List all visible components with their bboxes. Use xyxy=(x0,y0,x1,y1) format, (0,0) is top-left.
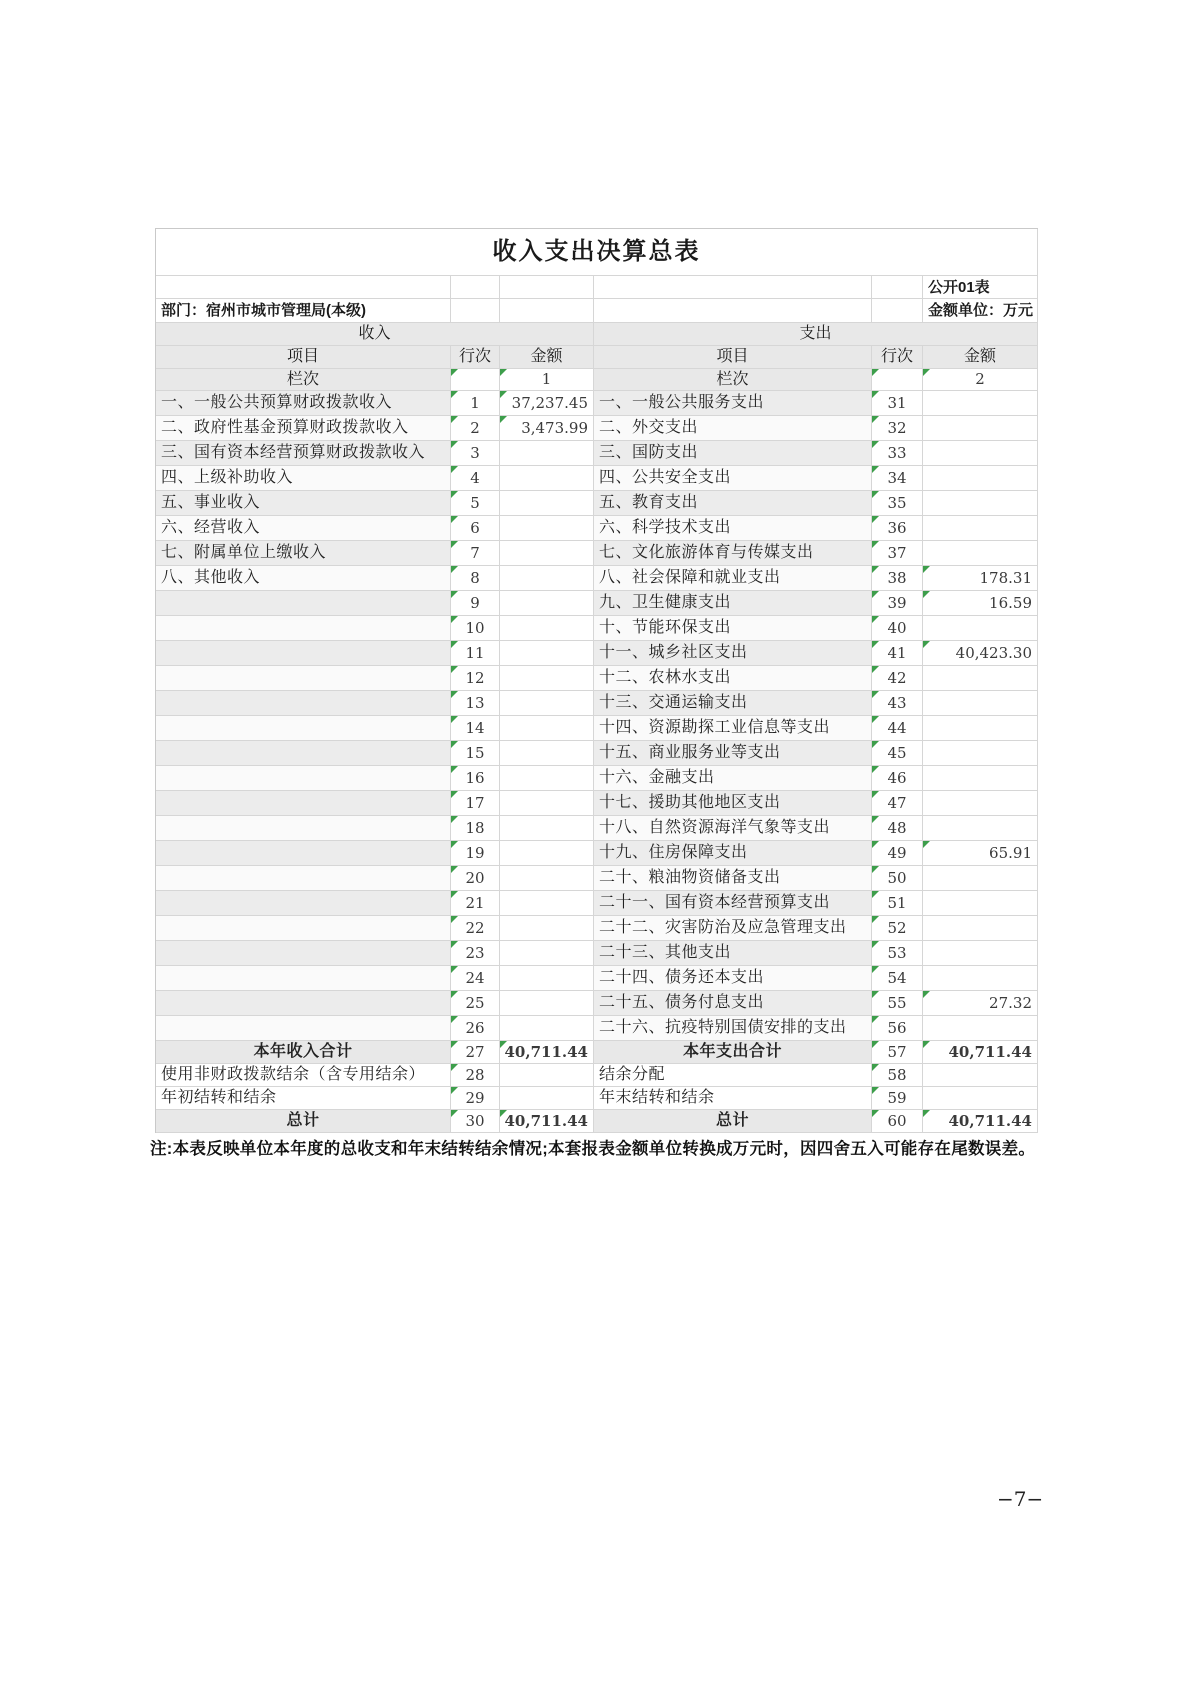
expense-line-cell: 38 xyxy=(872,566,923,591)
final-accounts-table: 收入支出决算总表 公开01表 部门：宿州市城市管理局(本级) 金额单位：万元 收… xyxy=(155,228,1038,1133)
income-amount-cell xyxy=(500,966,594,991)
expense-line-cell: 50 xyxy=(872,866,923,891)
expense-line-cell: 47 xyxy=(872,791,923,816)
income-line-cell: 18 xyxy=(451,816,500,841)
income-item-cell xyxy=(156,891,451,916)
empty-cell xyxy=(594,299,872,323)
income-amount-cell xyxy=(500,841,594,866)
expense-amount-cell xyxy=(923,766,1038,791)
expense-item-cell: 二十、粮油物资储备支出 xyxy=(594,866,872,891)
income-line-cell: 26 xyxy=(451,1016,500,1041)
income-section-header: 收入 xyxy=(156,323,594,346)
income-amount-cell xyxy=(500,866,594,891)
expense-item-cell: 十七、援助其他地区支出 xyxy=(594,791,872,816)
income-item-cell xyxy=(156,841,451,866)
expense-amount-cell xyxy=(923,966,1038,991)
expense-line-cell: 37 xyxy=(872,541,923,566)
expense-section-header: 支出 xyxy=(594,323,1038,346)
income-line-cell: 5 xyxy=(451,491,500,516)
income-line-cell: 11 xyxy=(451,641,500,666)
expense-amount-cell xyxy=(923,466,1038,491)
income-amount-cell xyxy=(500,941,594,966)
expense-item-cell: 十三、交通运输支出 xyxy=(594,691,872,716)
income-line-cell: 2 xyxy=(451,416,500,441)
income-amount-cell xyxy=(500,991,594,1016)
empty-cell xyxy=(156,276,451,299)
expense-line-cell: 36 xyxy=(872,516,923,541)
expense-amount-cell xyxy=(923,666,1038,691)
expense-amount-cell: 27.32 xyxy=(923,991,1038,1016)
expense-line-cell: 32 xyxy=(872,416,923,441)
income-line-cell: 20 xyxy=(451,866,500,891)
income-item-cell: 六、经营收入 xyxy=(156,516,451,541)
income-item-cell: 三、国有资本经营预算财政拨款收入 xyxy=(156,441,451,466)
income-item-cell: 五、事业收入 xyxy=(156,491,451,516)
income-amount-cell xyxy=(500,741,594,766)
income-footer-line-cell: 30 xyxy=(451,1110,500,1133)
expense-item-cell: 二、外交支出 xyxy=(594,416,872,441)
income-item-cell: 七、附属单位上缴收入 xyxy=(156,541,451,566)
income-item-cell xyxy=(156,791,451,816)
expense-item-cell: 九、卫生健康支出 xyxy=(594,591,872,616)
expense-line-cell: 52 xyxy=(872,916,923,941)
expense-line-header: 行次 xyxy=(872,346,923,369)
income-amount-cell xyxy=(500,916,594,941)
expense-item-cell: 二十五、债务付息支出 xyxy=(594,991,872,1016)
expense-amount-cell xyxy=(923,816,1038,841)
expense-amount-cell xyxy=(923,416,1038,441)
page-number: −7− xyxy=(997,1487,1043,1511)
expense-line-cell: 43 xyxy=(872,691,923,716)
income-line-cell: 13 xyxy=(451,691,500,716)
expense-item-cell: 十二、农林水支出 xyxy=(594,666,872,691)
expense-amount-cell: 40,423.30 xyxy=(923,641,1038,666)
income-line-cell: 4 xyxy=(451,466,500,491)
income-line-cell: 15 xyxy=(451,741,500,766)
sheet-code-label: 公开01表 xyxy=(923,276,1038,299)
income-line-cell: 22 xyxy=(451,916,500,941)
income-amount-cell xyxy=(500,791,594,816)
income-index-label: 栏次 xyxy=(156,369,451,391)
income-line-cell: 9 xyxy=(451,591,500,616)
income-amount-cell xyxy=(500,816,594,841)
expense-index-label: 栏次 xyxy=(594,369,872,391)
expense-item-cell: 二十一、国有资本经营预算支出 xyxy=(594,891,872,916)
expense-amount-cell: 65.91 xyxy=(923,841,1038,866)
income-item-cell: 四、上级补助收入 xyxy=(156,466,451,491)
expense-line-cell: 46 xyxy=(872,766,923,791)
expense-footer-amount-cell: 40,711.44 xyxy=(923,1041,1038,1064)
expense-amount-cell xyxy=(923,916,1038,941)
expense-amount-cell xyxy=(923,1016,1038,1041)
expense-footer-amount-cell xyxy=(923,1087,1038,1110)
expense-amount-cell xyxy=(923,391,1038,416)
income-amount-cell xyxy=(500,1016,594,1041)
expense-amount-cell xyxy=(923,891,1038,916)
empty-cell xyxy=(594,276,872,299)
income-footer-item-cell: 总计 xyxy=(156,1110,451,1133)
expense-item-cell: 一、一般公共服务支出 xyxy=(594,391,872,416)
expense-item-cell: 十九、住房保障支出 xyxy=(594,841,872,866)
expense-index-line-cell xyxy=(872,369,923,391)
income-footer-amount-cell: 40,711.44 xyxy=(500,1110,594,1133)
income-amount-cell: 37,237.45 xyxy=(500,391,594,416)
income-footer-amount-cell: 40,711.44 xyxy=(500,1041,594,1064)
expense-line-cell: 56 xyxy=(872,1016,923,1041)
income-line-cell: 23 xyxy=(451,941,500,966)
income-amount-header: 金额 xyxy=(500,346,594,369)
expense-item-cell: 六、科学技术支出 xyxy=(594,516,872,541)
expense-line-cell: 49 xyxy=(872,841,923,866)
expense-footer-item-cell: 总计 xyxy=(594,1110,872,1133)
income-footer-item-cell: 本年收入合计 xyxy=(156,1041,451,1064)
expense-item-cell: 十、节能环保支出 xyxy=(594,616,872,641)
income-item-cell xyxy=(156,741,451,766)
expense-line-cell: 45 xyxy=(872,741,923,766)
income-item-cell: 一、一般公共预算财政拨款收入 xyxy=(156,391,451,416)
empty-cell xyxy=(872,299,923,323)
expense-item-header: 项目 xyxy=(594,346,872,369)
income-item-cell xyxy=(156,691,451,716)
unit-label: 金额单位：万元 xyxy=(923,299,1038,323)
income-item-cell xyxy=(156,641,451,666)
expense-footer-line-cell: 57 xyxy=(872,1041,923,1064)
income-item-cell xyxy=(156,616,451,641)
income-amount-cell xyxy=(500,766,594,791)
income-item-cell xyxy=(156,666,451,691)
expense-footer-line-cell: 59 xyxy=(872,1087,923,1110)
expense-line-cell: 42 xyxy=(872,666,923,691)
income-line-cell: 3 xyxy=(451,441,500,466)
income-line-cell: 21 xyxy=(451,891,500,916)
income-line-cell: 16 xyxy=(451,766,500,791)
expense-line-cell: 55 xyxy=(872,991,923,1016)
empty-cell xyxy=(500,299,594,323)
empty-cell xyxy=(500,276,594,299)
income-index-number: 1 xyxy=(500,369,594,391)
income-line-cell: 7 xyxy=(451,541,500,566)
expense-amount-cell xyxy=(923,616,1038,641)
expense-item-cell: 三、国防支出 xyxy=(594,441,872,466)
expense-item-cell: 二十六、抗疫特别国债安排的支出 xyxy=(594,1016,872,1041)
expense-item-cell: 七、文化旅游体育与传媒支出 xyxy=(594,541,872,566)
income-amount-cell xyxy=(500,891,594,916)
expense-index-number: 2 xyxy=(923,369,1038,391)
expense-amount-cell xyxy=(923,441,1038,466)
expense-line-cell: 54 xyxy=(872,966,923,991)
expense-item-cell: 二十四、债务还本支出 xyxy=(594,966,872,991)
expense-line-cell: 41 xyxy=(872,641,923,666)
income-footer-line-cell: 27 xyxy=(451,1041,500,1064)
expense-amount-cell xyxy=(923,516,1038,541)
income-footer-line-cell: 29 xyxy=(451,1087,500,1110)
income-amount-cell xyxy=(500,441,594,466)
expense-footer-amount-cell: 40,711.44 xyxy=(923,1110,1038,1133)
expense-item-cell: 四、公共安全支出 xyxy=(594,466,872,491)
income-amount-cell xyxy=(500,616,594,641)
income-amount-cell xyxy=(500,541,594,566)
income-line-cell: 25 xyxy=(451,991,500,1016)
income-item-cell: 二、政府性基金预算财政拨款收入 xyxy=(156,416,451,441)
expense-item-cell: 五、教育支出 xyxy=(594,491,872,516)
expense-amount-header: 金额 xyxy=(923,346,1038,369)
expense-amount-cell xyxy=(923,866,1038,891)
expense-item-cell: 十一、城乡社区支出 xyxy=(594,641,872,666)
income-item-cell: 八、其他收入 xyxy=(156,566,451,591)
empty-cell xyxy=(451,276,500,299)
expense-amount-cell xyxy=(923,791,1038,816)
income-footer-amount-cell xyxy=(500,1064,594,1087)
income-amount-cell xyxy=(500,516,594,541)
expense-line-cell: 34 xyxy=(872,466,923,491)
expense-line-cell: 48 xyxy=(872,816,923,841)
expense-item-cell: 二十三、其他支出 xyxy=(594,941,872,966)
income-amount-cell: 3,473.99 xyxy=(500,416,594,441)
income-footer-item-cell: 年初结转和结余 xyxy=(156,1087,451,1110)
income-item-cell xyxy=(156,916,451,941)
income-item-cell xyxy=(156,991,451,1016)
income-amount-cell xyxy=(500,466,594,491)
income-item-cell xyxy=(156,866,451,891)
expense-amount-cell xyxy=(923,716,1038,741)
income-amount-cell xyxy=(500,566,594,591)
department-label: 部门：宿州市城市管理局(本级) xyxy=(156,299,451,323)
income-item-cell xyxy=(156,591,451,616)
income-line-cell: 6 xyxy=(451,516,500,541)
expense-item-cell: 十五、商业服务业等支出 xyxy=(594,741,872,766)
expense-line-cell: 31 xyxy=(872,391,923,416)
expense-footer-line-cell: 60 xyxy=(872,1110,923,1133)
expense-footer-item-cell: 年末结转和结余 xyxy=(594,1087,872,1110)
income-item-cell xyxy=(156,941,451,966)
expense-item-cell: 十六、金融支出 xyxy=(594,766,872,791)
expense-footer-item-cell: 结余分配 xyxy=(594,1064,872,1087)
income-amount-cell xyxy=(500,666,594,691)
expense-line-cell: 39 xyxy=(872,591,923,616)
expense-footer-amount-cell xyxy=(923,1064,1038,1087)
income-index-line-cell xyxy=(451,369,500,391)
income-amount-cell xyxy=(500,591,594,616)
expense-item-cell: 二十二、灾害防治及应急管理支出 xyxy=(594,916,872,941)
income-footer-item-cell: 使用非财政拨款结余（含专用结余） xyxy=(156,1064,451,1087)
expense-line-cell: 40 xyxy=(872,616,923,641)
income-item-cell xyxy=(156,716,451,741)
expense-amount-cell: 16.59 xyxy=(923,591,1038,616)
income-item-header: 项目 xyxy=(156,346,451,369)
expense-amount-cell xyxy=(923,691,1038,716)
income-item-cell xyxy=(156,816,451,841)
empty-cell xyxy=(872,276,923,299)
income-item-cell xyxy=(156,766,451,791)
expense-amount-cell xyxy=(923,541,1038,566)
expense-item-cell: 八、社会保障和就业支出 xyxy=(594,566,872,591)
income-line-cell: 19 xyxy=(451,841,500,866)
expense-amount-cell xyxy=(923,941,1038,966)
income-footer-line-cell: 28 xyxy=(451,1064,500,1087)
income-amount-cell xyxy=(500,491,594,516)
footnote: 注:本表反映单位本年度的总收支和年末结转结余情况;本套报表金额单位转换成万元时，… xyxy=(150,1138,1050,1162)
expense-item-cell: 十四、资源勘探工业信息等支出 xyxy=(594,716,872,741)
income-line-cell: 14 xyxy=(451,716,500,741)
expense-footer-item-cell: 本年支出合计 xyxy=(594,1041,872,1064)
income-footer-amount-cell xyxy=(500,1087,594,1110)
income-line-cell: 1 xyxy=(451,391,500,416)
expense-line-cell: 33 xyxy=(872,441,923,466)
expense-amount-cell: 178.31 xyxy=(923,566,1038,591)
income-amount-cell xyxy=(500,716,594,741)
empty-cell xyxy=(451,299,500,323)
income-line-cell: 12 xyxy=(451,666,500,691)
income-amount-cell xyxy=(500,691,594,716)
expense-line-cell: 53 xyxy=(872,941,923,966)
income-line-cell: 8 xyxy=(451,566,500,591)
income-amount-cell xyxy=(500,641,594,666)
expense-line-cell: 35 xyxy=(872,491,923,516)
expense-line-cell: 44 xyxy=(872,716,923,741)
income-line-header: 行次 xyxy=(451,346,500,369)
income-item-cell xyxy=(156,966,451,991)
income-item-cell xyxy=(156,1016,451,1041)
expense-amount-cell xyxy=(923,491,1038,516)
income-line-cell: 24 xyxy=(451,966,500,991)
income-line-cell: 17 xyxy=(451,791,500,816)
page-title: 收入支出决算总表 xyxy=(156,229,1038,276)
expense-item-cell: 十八、自然资源海洋气象等支出 xyxy=(594,816,872,841)
income-line-cell: 10 xyxy=(451,616,500,641)
expense-amount-cell xyxy=(923,741,1038,766)
expense-footer-line-cell: 58 xyxy=(872,1064,923,1087)
expense-line-cell: 51 xyxy=(872,891,923,916)
